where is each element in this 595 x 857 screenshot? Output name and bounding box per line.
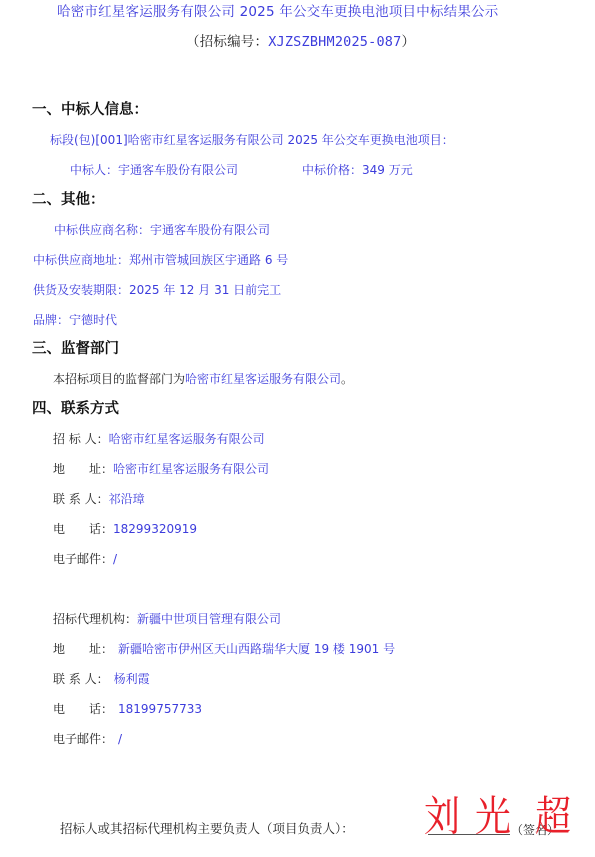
tenderer-name-row: 招 标 人：哈密市红星客运服务有限公司 bbox=[53, 431, 265, 447]
section4-heading: 四、联系方式 bbox=[32, 401, 119, 417]
document-title: 哈密市红星客运服务有限公司 2025 年公交车更换电池项目中标结果公示 bbox=[57, 4, 498, 20]
signature-label: 招标人或其招标代理机构主要负责人（项目负责人）： bbox=[60, 821, 354, 837]
lot-line: 标段(包)[001]哈密市红星客运服务有限公司 2025 年公交车更换电池项目： bbox=[50, 132, 454, 148]
agency-phone-label: 电 话： bbox=[53, 702, 113, 716]
agency-contact: 杨利霞 bbox=[114, 672, 150, 686]
bid-number-prefix: （招标编号： bbox=[186, 34, 268, 50]
bid-number: XJZSZBHM2025-087 bbox=[268, 34, 401, 50]
supplier-name: 中标供应商名称：宇通客车股份有限公司 bbox=[54, 222, 270, 238]
agency-email-label: 电子邮件： bbox=[53, 732, 113, 746]
agency-address: 新疆哈密市伊州区天山西路瑞华大厦 19 楼 1901 号 bbox=[118, 642, 395, 656]
agency-phone-row: 电 话：18199757733 bbox=[53, 701, 202, 717]
signature-char-1: 刘 bbox=[424, 795, 460, 841]
supplier-address: 中标供应商地址：郑州市管城回族区宇通路 6 号 bbox=[33, 252, 288, 268]
agency-name-row: 招标代理机构：新疆中世项目管理有限公司 bbox=[53, 611, 281, 627]
tenderer-email-label: 电子邮件： bbox=[53, 552, 113, 566]
section3-heading: 三、监督部门 bbox=[32, 341, 119, 357]
brand: 品牌：宁德时代 bbox=[33, 312, 117, 328]
tenderer-address-label: 地 址： bbox=[53, 462, 113, 476]
section1-heading: 一、中标人信息： bbox=[32, 102, 148, 118]
agency-phone: 18199757733 bbox=[118, 702, 202, 716]
supervision-prefix: 本招标项目的监督部门为 bbox=[53, 372, 185, 386]
tenderer-contact-label: 联 系 人： bbox=[53, 492, 109, 506]
tenderer-email: / bbox=[113, 552, 117, 566]
bid-number-suffix: ） bbox=[401, 34, 415, 50]
tenderer-email-row: 电子邮件：/ bbox=[53, 551, 117, 567]
bid-number-line: （招标编号：XJZSZBHM2025-087） bbox=[186, 34, 415, 50]
agency-address-label: 地 址： bbox=[53, 642, 113, 656]
winner-line: 中标人：宇通客车股份有限公司 bbox=[70, 162, 238, 178]
tenderer-phone-row: 电 话：18299320919 bbox=[53, 521, 197, 537]
price-label: 中标价格： bbox=[302, 163, 362, 177]
tenderer-address: 哈密市红星客运服务有限公司 bbox=[113, 462, 269, 476]
winner-name: 宇通客车股份有限公司 bbox=[118, 163, 238, 177]
agency-email-row: 电子邮件：/ bbox=[53, 731, 122, 747]
winner-label: 中标人： bbox=[70, 163, 118, 177]
agency-email: / bbox=[118, 732, 122, 746]
tenderer-name: 哈密市红星客运服务有限公司 bbox=[109, 432, 265, 446]
delivery-deadline: 供货及安装期限：2025 年 12 月 31 日前完工 bbox=[33, 282, 281, 298]
supervision-department: 哈密市红星客运服务有限公司 bbox=[185, 372, 341, 386]
price-value: 349 万元 bbox=[362, 163, 413, 177]
agency-contact-row: 联 系 人：杨利霞 bbox=[53, 671, 150, 687]
agency-name: 新疆中世项目管理有限公司 bbox=[137, 612, 281, 626]
agency-name-label: 招标代理机构： bbox=[53, 612, 137, 626]
tenderer-phone: 18299320919 bbox=[113, 522, 197, 536]
price-line: 中标价格：349 万元 bbox=[302, 162, 413, 178]
signature-char-3: 超 bbox=[535, 795, 571, 841]
tenderer-address-row: 地 址：哈密市红星客运服务有限公司 bbox=[53, 461, 269, 477]
tenderer-phone-label: 电 话： bbox=[53, 522, 113, 536]
signature-char-2: 光 bbox=[475, 795, 511, 841]
agency-address-row: 地 址：新疆哈密市伊州区天山西路瑞华大厦 19 楼 1901 号 bbox=[53, 641, 395, 657]
tenderer-contact: 祁沿璋 bbox=[109, 492, 145, 506]
tenderer-contact-row: 联 系 人：祁沿璋 bbox=[53, 491, 145, 507]
section2-heading: 二、其他： bbox=[32, 192, 105, 208]
supervision-suffix: 。 bbox=[341, 372, 353, 386]
agency-contact-label: 联 系 人： bbox=[53, 672, 109, 686]
supervision-text: 本招标项目的监督部门为哈密市红星客运服务有限公司。 bbox=[53, 371, 353, 387]
tenderer-name-label: 招 标 人： bbox=[53, 432, 109, 446]
